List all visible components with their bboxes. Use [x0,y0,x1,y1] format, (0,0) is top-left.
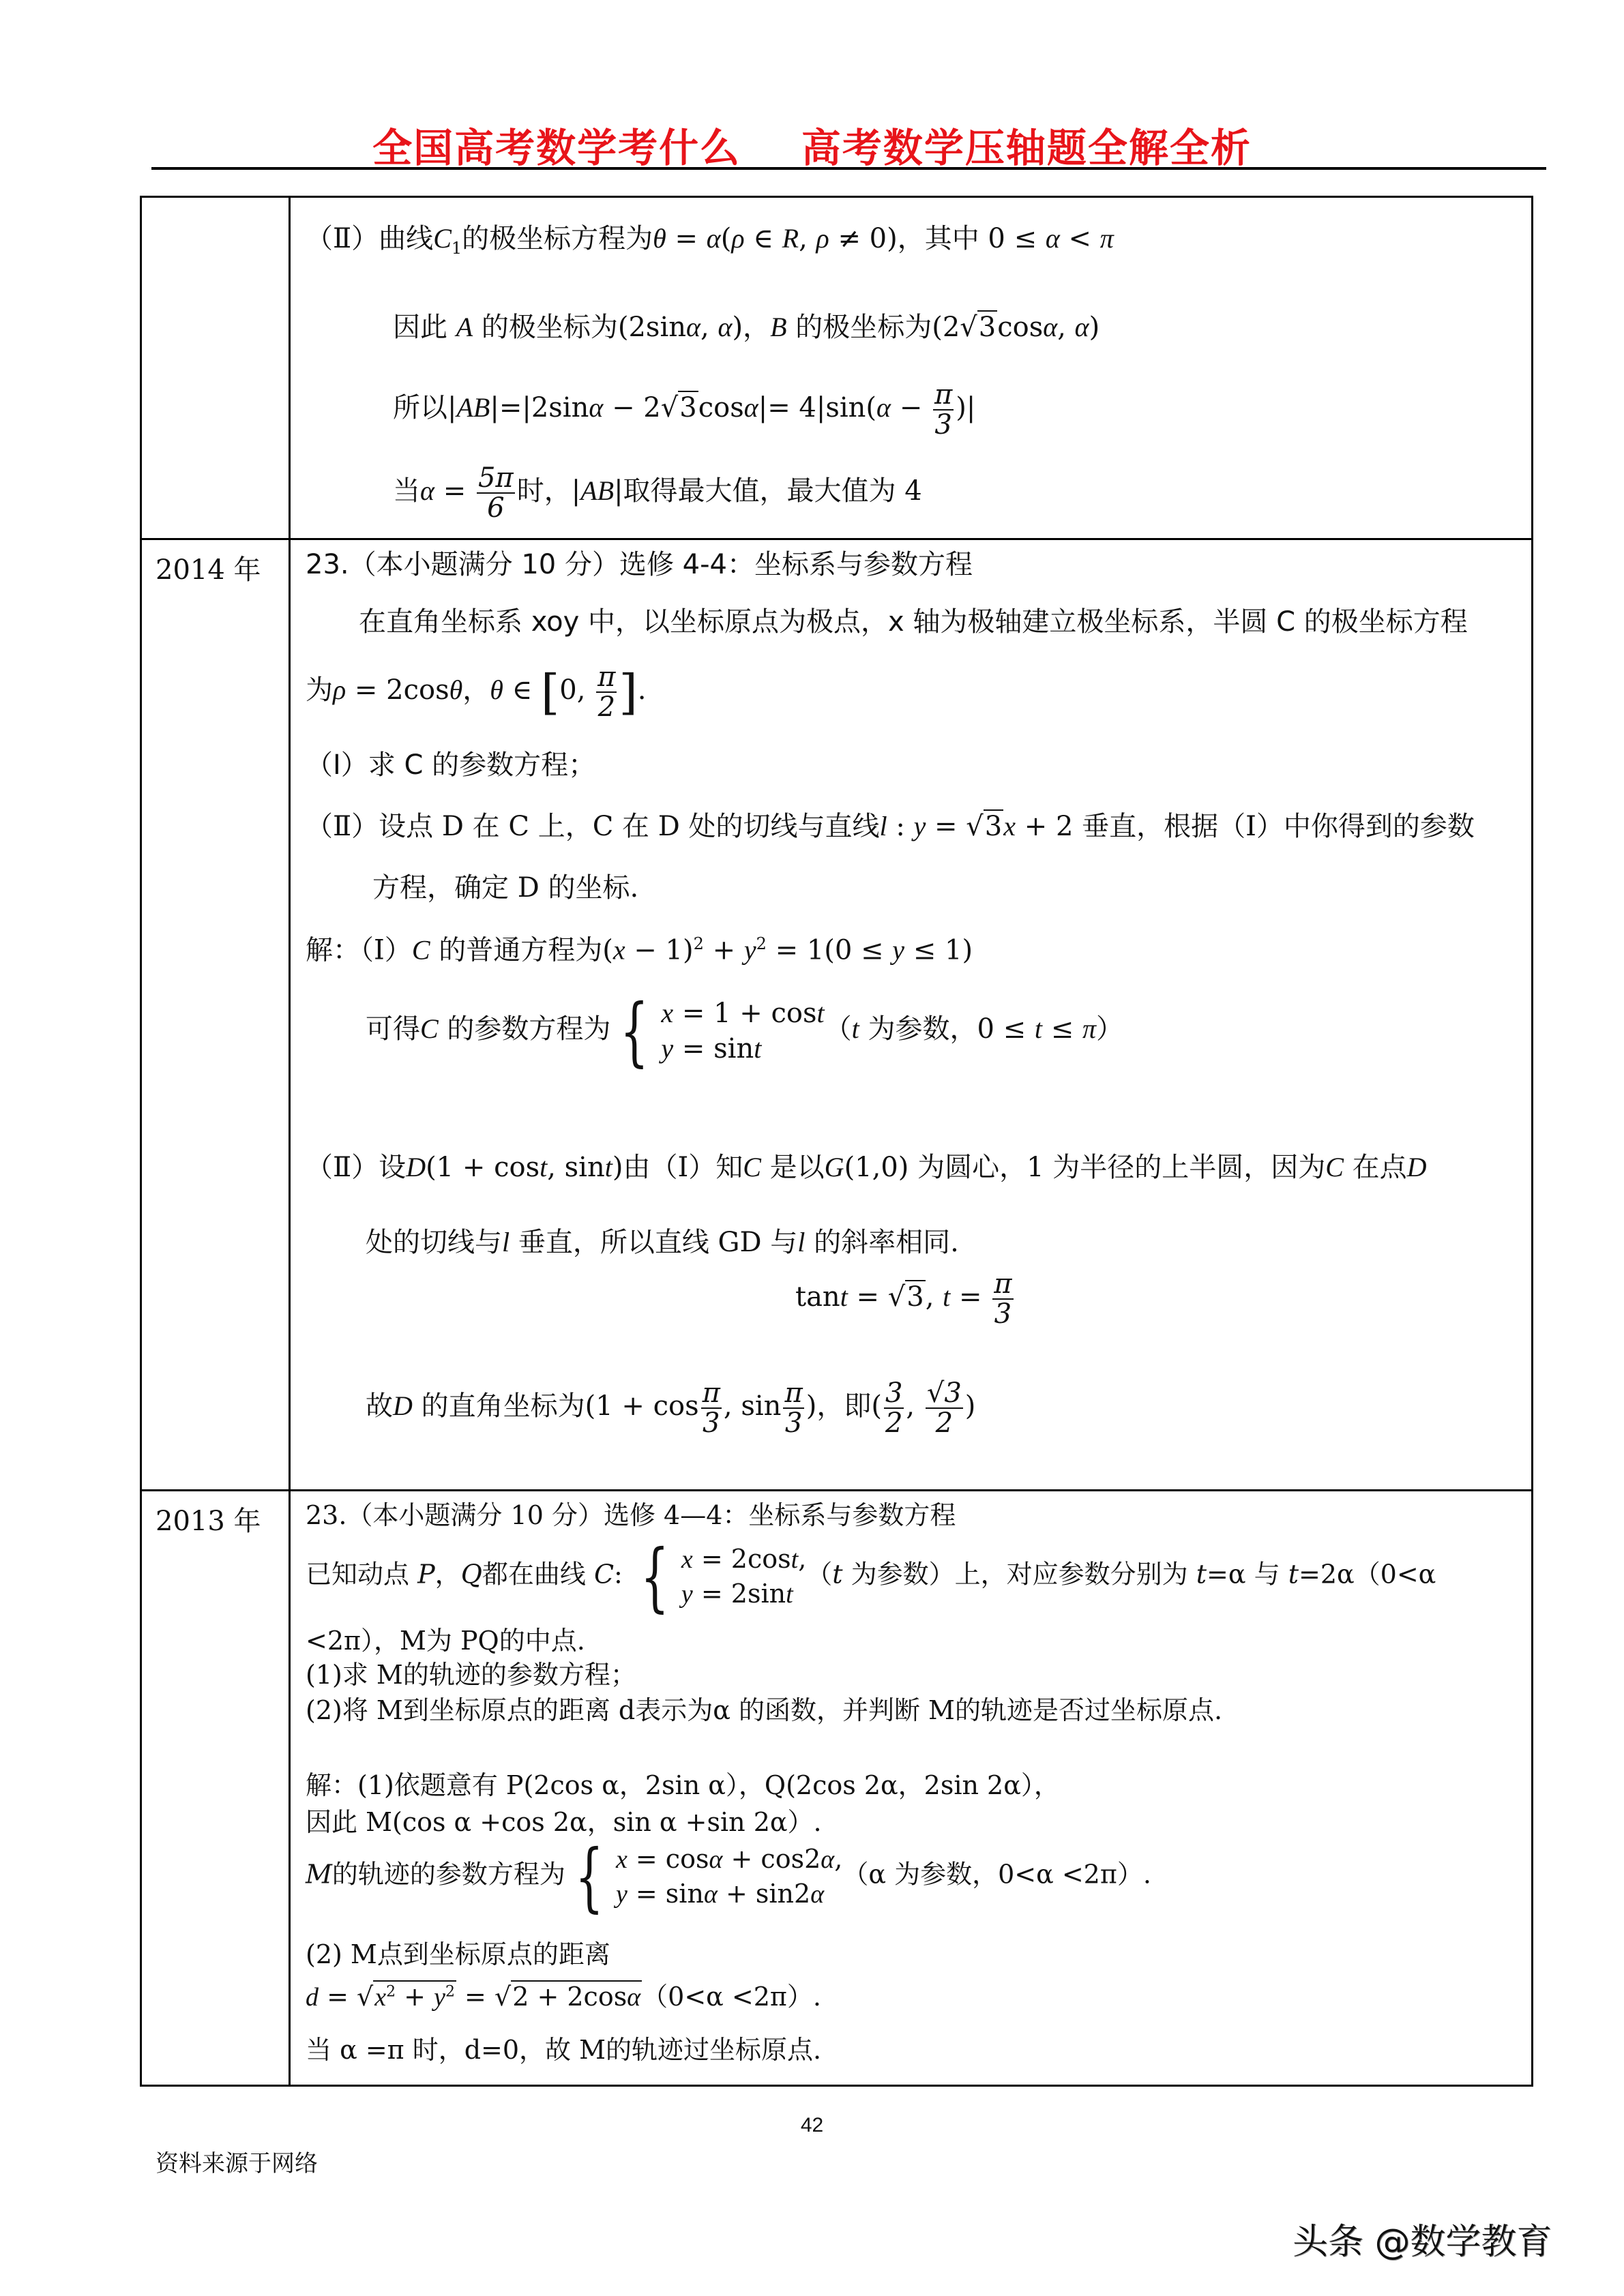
sub-question-1: （Ⅰ）求 C 的参数方程； [306,751,595,779]
solution-line: M的轨迹的参数方程为{x = cosα + cos2α,y = sinα + s… [306,1839,1151,1914]
solution-line: （Ⅱ）设D(1 + cost, sint)由（Ⅰ）知C 是以G(1,0) 为圆心… [306,1154,1427,1181]
sub-question-2: (2)将 M到坐标原点的距离 d表示为α 的函数，并判断 M的轨迹是否过坐标原点… [306,1697,1222,1723]
question-heading: 23.（本小题满分 10 分）选修 4—4：坐标系与参数方程 [306,1502,956,1528]
question-text: 已知动点 P，Q都在曲线 C: {x = 2cost,y = 2sint（t 为… [306,1539,1436,1614]
table-row-continuation: （Ⅱ）曲线C1的极坐标方程为θ = α(ρ ∈ R, ρ ≠ 0)，其中 0 ≤… [142,198,1531,540]
year-cell: 2014 年 [142,540,291,1489]
solution-line: d = √x2 + y2 = √2 + 2cosα（0<α <2π）. [306,1984,821,2010]
solution-line: 解：(1)依题意有 P(2cos α，2sin α），Q(2cos 2α，2si… [306,1772,1060,1798]
header-divider [151,167,1546,170]
source-note: 资料来源于网络 [156,2145,318,2178]
solution-line: tant = √3, t = π3 [795,1270,1016,1328]
year-cell: 2013 年 [142,1491,291,2085]
page-header-title: 全国高考数学考什么 高考数学压轴题全解全析 [0,116,1624,173]
solution-line: (2) M点到坐标原点的距离 [306,1941,610,1967]
text-line: （Ⅱ）曲线C1的极坐标方程为θ = α(ρ ∈ R, ρ ≠ 0)，其中 0 ≤… [306,225,1114,256]
solution-line: 故D 的直角坐标为(1 + cosπ3, sinπ3)，即(32, √32) [366,1379,975,1437]
solution-line: 解：（Ⅰ）C 的普通方程为(x − 1)2 + y2 = 1(0 ≤ y ≤ 1… [306,936,973,964]
year-cell [142,198,291,538]
solution-line: 处的切线与l 垂直，所以直线 GD 与l 的斜率相同. [366,1229,959,1256]
question-heading: 23.（本小题满分 10 分）选修 4-4：坐标系与参数方程 [306,551,973,578]
content-cell: （Ⅱ）曲线C1的极坐标方程为θ = α(ρ ∈ R, ρ ≠ 0)，其中 0 ≤… [291,198,1531,538]
watermark: 头条 @数学教育 [1293,2213,1552,2264]
text-line: 方程，确定 D 的坐标. [372,874,638,901]
text-line: 因此 A 的极坐标为(2sinα, α)，B 的极坐标为(2√3cosα, α) [393,314,1099,341]
table-row-2014: 2014 年 23.（本小题满分 10 分）选修 4-4：坐标系与参数方程 在直… [142,540,1531,1491]
question-text: 在直角坐标系 xoy 中，以坐标原点为极点，x 轴为极轴建立极坐标系，半圆 C … [359,608,1468,636]
table-row-2013: 2013 年 23.（本小题满分 10 分）选修 4—4：坐标系与参数方程 已知… [142,1491,1531,2085]
text-line: 所以|AB|=|2sinα − 2√3cosα|= 4|sin(α − π3)| [393,381,975,439]
sub-question-2: （Ⅱ）设点 D 在 C 上，C 在 D 处的切线与直线l : y = √3x +… [306,813,1475,840]
content-cell: 23.（本小题满分 10 分）选修 4—4：坐标系与参数方程 已知动点 P，Q都… [291,1491,1531,2085]
question-text: <2π），M为 PQ的中点. [306,1628,585,1654]
content-cell: 23.（本小题满分 10 分）选修 4-4：坐标系与参数方程 在直角坐标系 xo… [291,540,1531,1489]
solution-line: 可得C 的参数方程为{x = 1 + costy = sint（t 为参数，0 … [366,994,1123,1069]
text-line: 为ρ = 2cosθ，θ ∈ [0, π2]. [306,663,647,721]
solutions-table: （Ⅱ）曲线C1的极坐标方程为θ = α(ρ ∈ R, ρ ≠ 0)，其中 0 ≤… [140,196,1533,2087]
text-line: 当α = 5π6时，|AB|取得最大值，最大值为 4 [393,464,922,522]
solution-line: 当 α =π 时，d=0，故 M的轨迹过坐标原点. [306,2037,821,2063]
solution-line: 因此 M(cos α +cos 2α，sin α +sin 2α）. [306,1809,822,1835]
page-number: 42 [0,2114,1624,2137]
sub-question-1: (1)求 M的轨迹的参数方程； [306,1662,636,1688]
